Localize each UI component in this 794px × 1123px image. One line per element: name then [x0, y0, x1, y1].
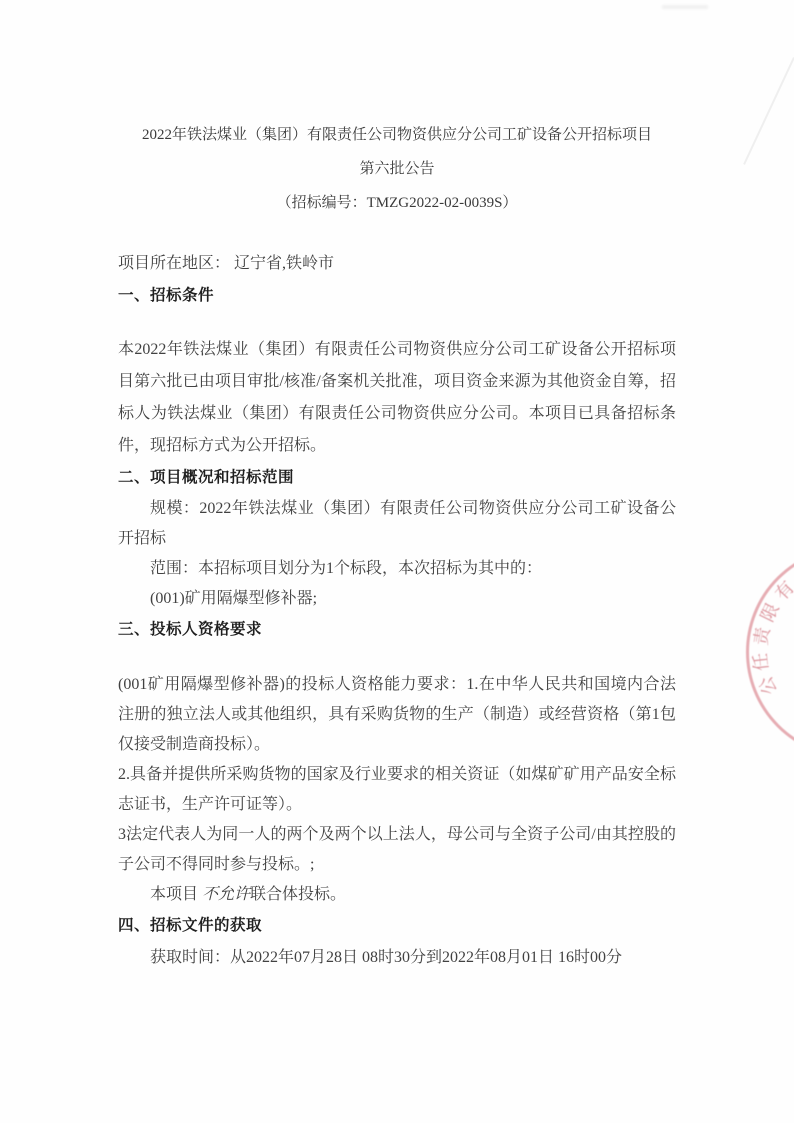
section-heading-2: 二、项目概况和招标范围: [118, 462, 676, 494]
seal-ring: [746, 546, 794, 758]
seal-char: 责: [747, 625, 776, 647]
document-page: 2022年铁法煤业（集团）有限责任公司物资供应分公司工矿设备公开招标项目 第六批…: [0, 0, 794, 1123]
seal-char: 有: [768, 575, 794, 606]
section1-paragraph: 本2022年铁法煤业（集团）有限责任公司物资供应分公司工矿设备公开招标项目第六批…: [118, 334, 676, 462]
document-body: 2022年铁法煤业（集团）有限责任公司物资供应分公司工矿设备公开招标项目 第六批…: [118, 118, 676, 974]
section2-scope: 范围：本招标项目划分为1个标段，本次招标为其中的：: [118, 554, 676, 584]
section2-scale: 规模：2022年铁法煤业（集团）有限责任公司物资供应分公司工矿设备公开招标: [118, 494, 676, 554]
section2-lot-item: (001)矿用隔爆型修补器;: [118, 584, 676, 614]
document-title-line1: 2022年铁法煤业（集团）有限责任公司物资供应分公司工矿设备公开招标项目: [118, 118, 676, 152]
section-heading-1: 一、招标条件: [118, 280, 676, 312]
section3-no-joint-bid: 本项目 不允许联合体投标。: [118, 880, 676, 910]
seal-char: 公: [752, 673, 783, 699]
scan-artifact-smudge: [662, 5, 708, 9]
section4-obtain-time: 获取时间：从2022年07月28日 08时30分到2022年08月01日 16时…: [118, 942, 676, 974]
project-location: 项目所在地区： 辽宁省,铁岭市: [118, 248, 676, 280]
tender-number-line: （招标编号：TMZG2022-02-0039S）: [118, 186, 676, 220]
no-joint-bid-emphasis: 不允许: [202, 886, 250, 903]
section3-requirement-1: (001矿用隔爆型修补器)的投标人资格能力要求：1.在中华人民共和国境内合法注册…: [118, 670, 676, 760]
no-joint-bid-suffix: 联合体投标。: [250, 886, 346, 903]
section3-requirement-2: 2.具备并提供所采购货物的国家及行业要求的相关资证（如煤矿矿用产品安全标志证书，…: [118, 760, 676, 820]
seal-char: 任: [746, 652, 774, 673]
document-title-line2: 第六批公告: [118, 152, 676, 186]
section-heading-3: 三、投标人资格要求: [118, 614, 676, 646]
section3-requirement-3: 3法定代表人为同一人的两个及两个以上法人，母公司与全资子公司/由其控股的子公司不…: [118, 820, 676, 880]
seal-char: 限: [753, 598, 784, 626]
section-heading-4: 四、招标文件的获取: [118, 910, 676, 942]
no-joint-bid-prefix: 本项目: [150, 886, 198, 903]
scan-artifact-line: [743, 57, 794, 165]
